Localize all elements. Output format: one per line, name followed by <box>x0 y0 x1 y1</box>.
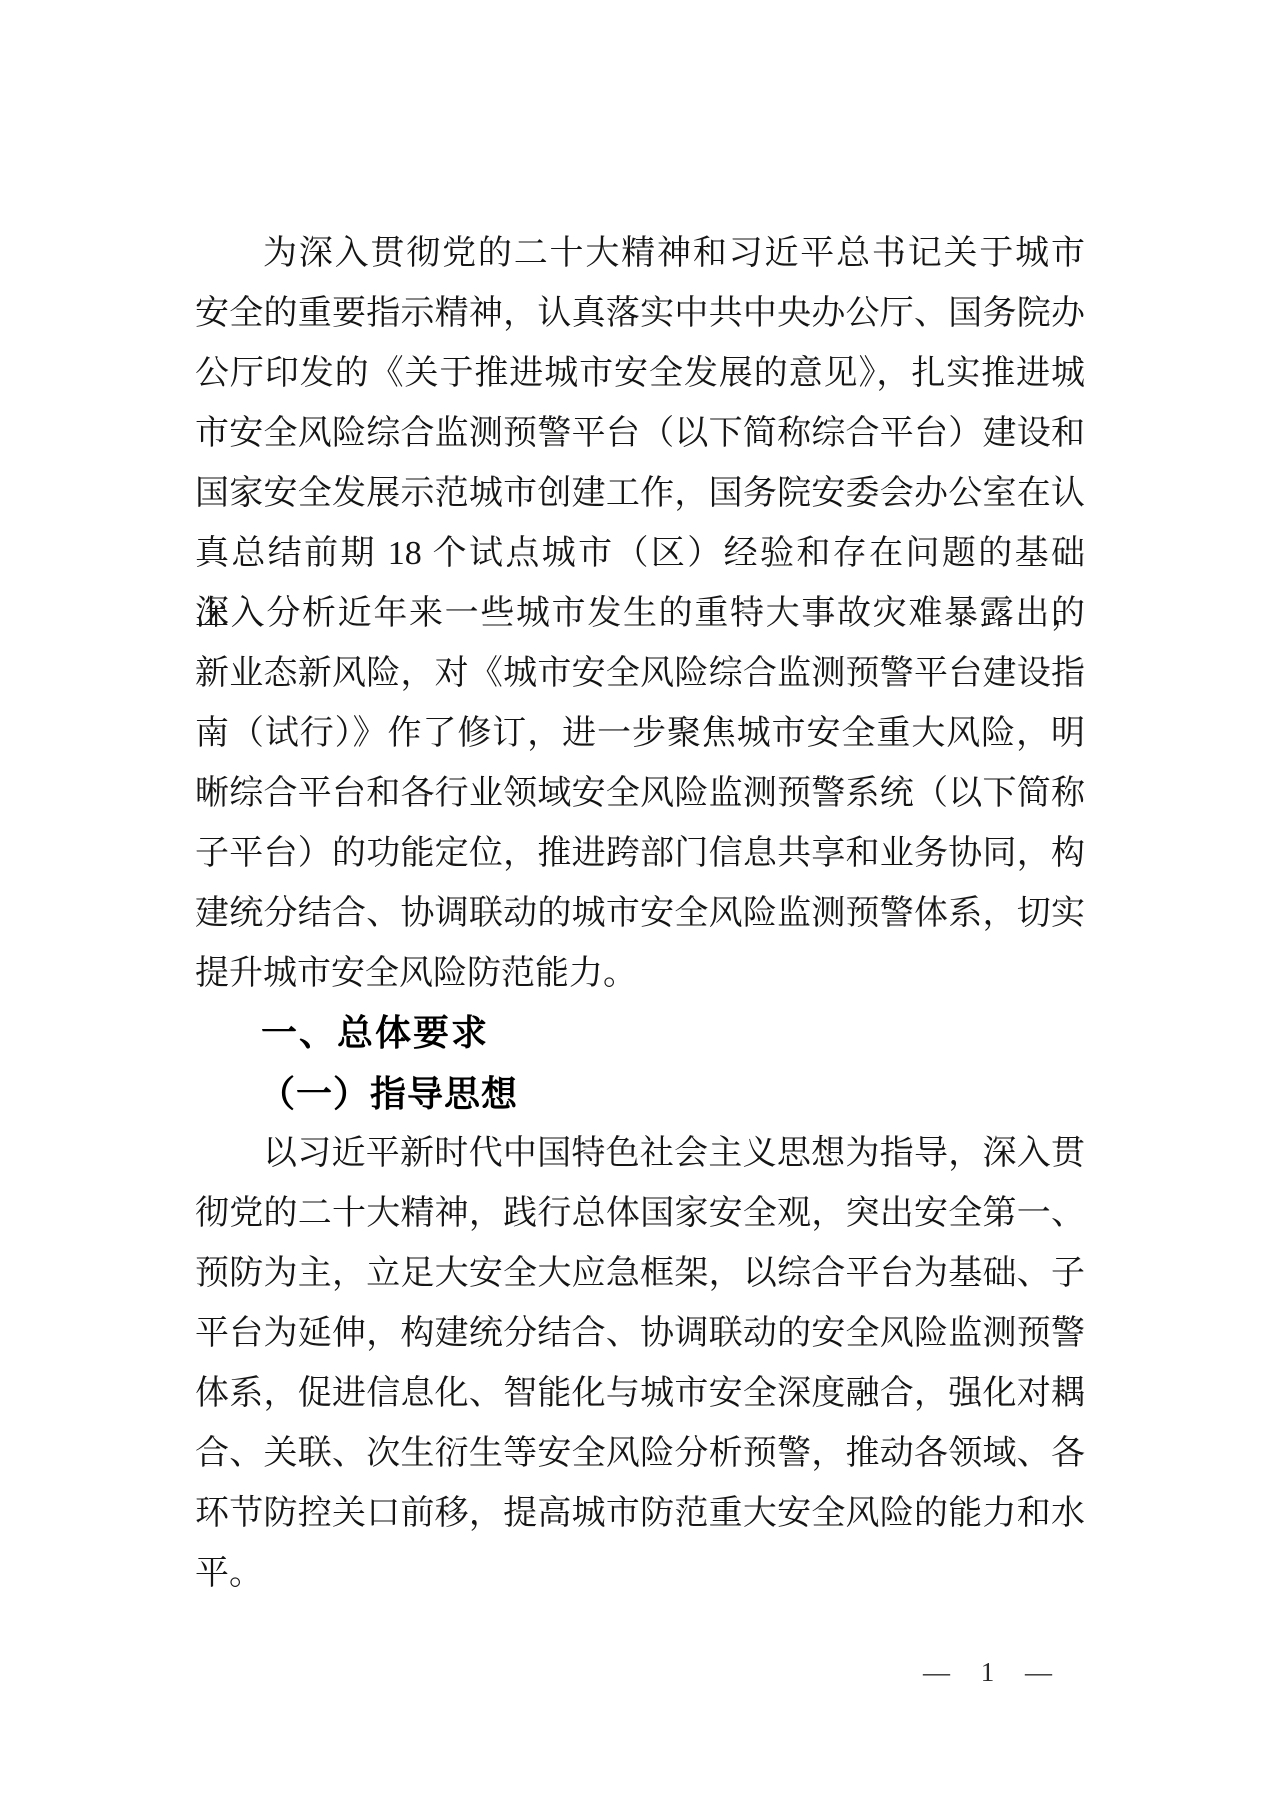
text-line: 真总结前期 18 个试点城市（区）经验和存在问题的基础上， <box>195 524 1085 584</box>
text-line: 合、关联、次生衍生等安全风险分析预警，推动各领域、各 <box>195 1424 1085 1484</box>
text-line: 环节防控关口前移，提高城市防范重大安全风险的能力和水 <box>195 1484 1085 1544</box>
text-line: 预防为主，立足大安全大应急框架，以综合平台为基础、子 <box>195 1244 1085 1304</box>
text-block: 为深入贯彻党的二十大精神和习近平总书记关于城市安全的重要指示精神，认真落实中共中… <box>195 224 1085 1604</box>
text-line: 提升城市安全风险防范能力。 <box>195 944 1085 1004</box>
text-line: 安全的重要指示精神，认真落实中共中央办公厅、国务院办 <box>195 284 1085 344</box>
text-line: 新业态新风险，对《城市安全风险综合监测预警平台建设指 <box>195 644 1085 704</box>
opening-paragraph: 为深入贯彻党的二十大精神和习近平总书记关于城市安全的重要指示精神，认真落实中共中… <box>195 224 1085 1004</box>
text-line: 国家安全发展示范城市创建工作，国务院安委会办公室在认 <box>195 464 1085 524</box>
section-heading: 一、总体要求 <box>195 1004 1085 1064</box>
text-line: 子平台）的功能定位，推进跨部门信息共享和业务协同，构 <box>195 824 1085 884</box>
text-line: 彻党的二十大精神，践行总体国家安全观，突出安全第一、 <box>195 1184 1085 1244</box>
text-line: 公厅印发的《关于推进城市安全发展的意见》，扎实推进城 <box>195 344 1085 404</box>
text-line: 南（试行）》作了修订，进一步聚焦城市安全重大风险，明 <box>195 704 1085 764</box>
text-line: 深入分析近年来一些城市发生的重特大事故灾难暴露出的 <box>195 584 1085 644</box>
text-line: 晰综合平台和各行业领域安全风险监测预警系统（以下简称 <box>195 764 1085 824</box>
subsection-heading: （一）指导思想 <box>195 1064 1085 1124</box>
text-line: 平。 <box>195 1544 1085 1604</box>
text-line: 为深入贯彻党的二十大精神和习近平总书记关于城市 <box>195 224 1085 284</box>
guiding-ideology-paragraph: 以习近平新时代中国特色社会主义思想为指导，深入贯彻党的二十大精神，践行总体国家安… <box>195 1124 1085 1604</box>
text-line: 以习近平新时代中国特色社会主义思想为指导，深入贯 <box>195 1124 1085 1184</box>
page-number: — 1 — <box>923 1650 1064 1694</box>
text-line: 市安全风险综合监测预警平台（以下简称综合平台）建设和 <box>195 404 1085 464</box>
document-page: 为深入贯彻党的二十大精神和习近平总书记关于城市安全的重要指示精神，认真落实中共中… <box>0 0 1280 1810</box>
text-line: 建统分结合、协调联动的城市安全风险监测预警体系，切实 <box>195 884 1085 944</box>
text-line: 平台为延伸，构建统分结合、协调联动的安全风险监测预警 <box>195 1304 1085 1364</box>
text-line: 体系，促进信息化、智能化与城市安全深度融合，强化对耦 <box>195 1364 1085 1424</box>
